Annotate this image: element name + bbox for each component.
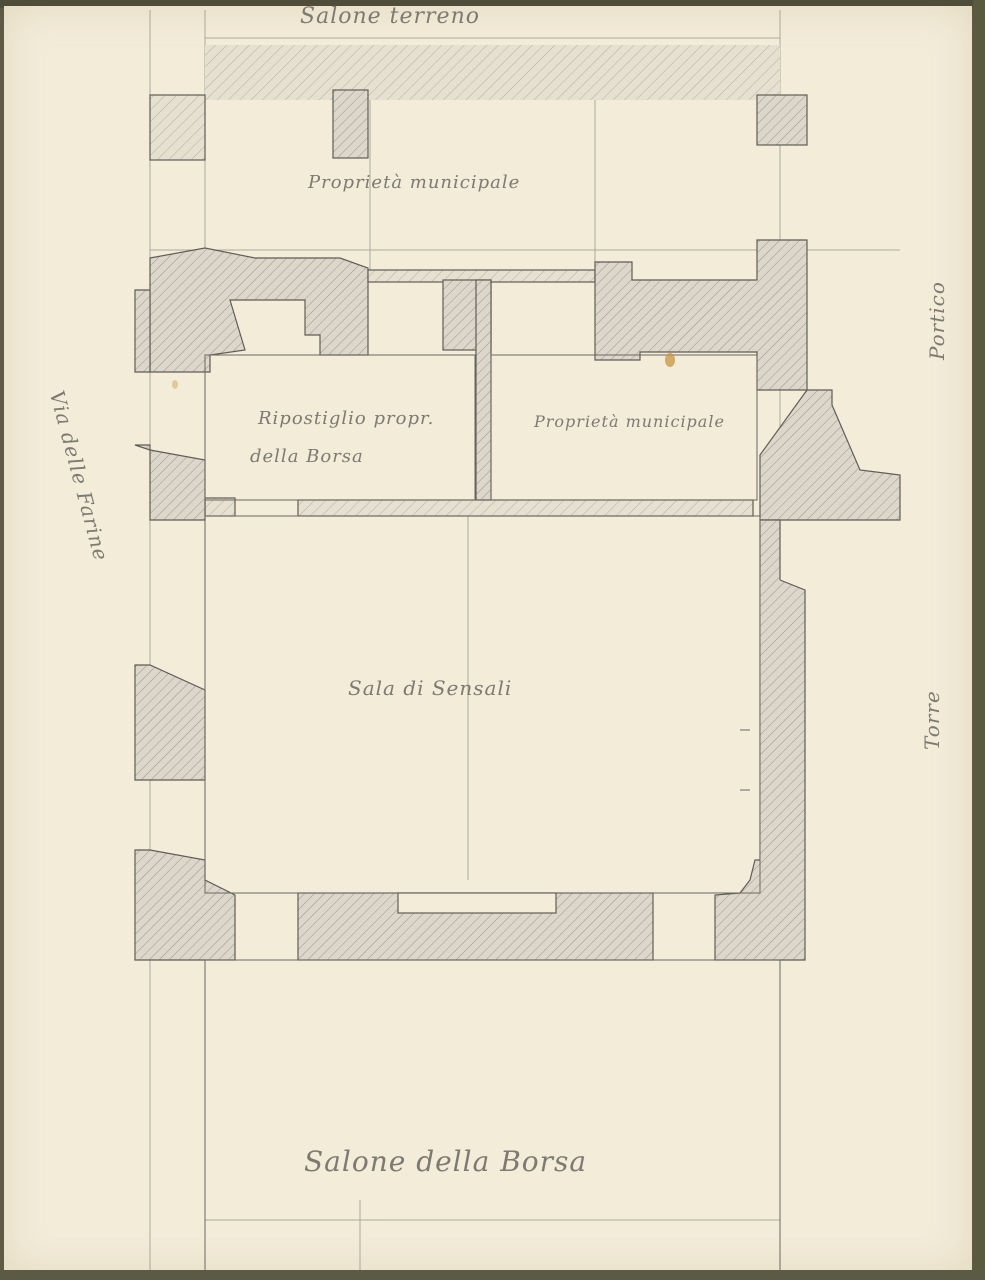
label-upper-room: Proprietà municipale <box>308 172 520 193</box>
label-portico: Portico <box>925 281 949 360</box>
label-storage-room-line1: Ripostiglio propr. <box>258 408 434 429</box>
room-outlines <box>205 355 780 1270</box>
label-right-room: Proprietà municipale <box>534 412 725 431</box>
paper-stain <box>665 353 675 367</box>
paper-stain <box>172 380 178 389</box>
label-storage-room-line2: della Borsa <box>250 446 364 467</box>
label-torre: Torre <box>920 690 944 750</box>
label-salone-terreno: Salone terreno <box>300 4 480 29</box>
label-salone-della-borsa: Salone della Borsa <box>304 1145 587 1178</box>
label-main-room: Sala di Sensali <box>348 676 512 700</box>
